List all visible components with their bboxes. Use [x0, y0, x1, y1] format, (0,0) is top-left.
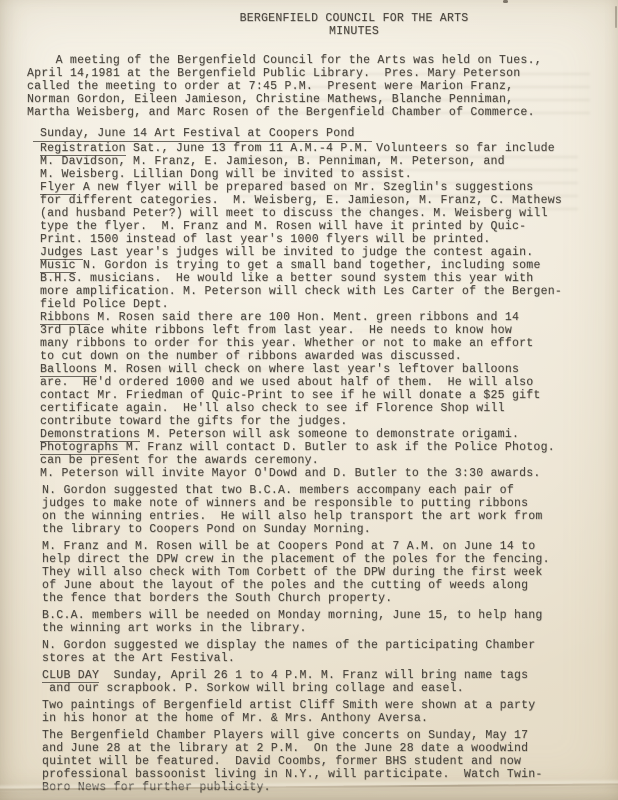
minutes-item-photographs: Photographs M. Franz will contact D. But… [40, 441, 602, 480]
body-paragraph: M. Franz and M. Rosen will be at Coopers… [42, 540, 602, 605]
minutes-item-flyer: Flyer A new flyer will be prepared based… [40, 181, 602, 246]
paper-sheet: BERGENFIELD COUNCIL FOR THE ARTS MINUTES… [0, 0, 618, 800]
doc-title: BERGENFIELD COUNCIL FOR THE ARTS [73, 12, 618, 25]
section-heading-text: Sunday, June 14 Art Festival at Coopers … [33, 127, 372, 142]
body-paragraphs: N. Gordon suggested that two B.C.A. memb… [40, 484, 602, 794]
paragraph-text: M. Franz and M. Rosen will be at Coopers… [42, 540, 550, 605]
paragraph-text: B.C.A. members will be needed on Monday … [42, 609, 543, 635]
body-paragraph: N. Gordon suggested that two B.C.A. memb… [42, 484, 602, 536]
item-text: Last year's judges will be invited to ju… [83, 246, 534, 259]
minutes-item-registration: Registration Sat., June 13 from 11 A.M.-… [40, 142, 602, 181]
minutes-item-balloons: Balloons M. Rosen will check on where la… [40, 363, 602, 428]
paragraph-text: The Bergenfield Chamber Players will giv… [42, 729, 543, 794]
body-paragraph: The Bergenfield Chamber Players will giv… [42, 729, 602, 794]
doc-header: BERGENFIELD COUNCIL FOR THE ARTS MINUTES [73, 12, 618, 38]
section-heading: Sunday, June 14 Art Festival at Coopers … [40, 127, 602, 142]
item-text: M. Rosen said there are 100 Hon. Ment. g… [40, 311, 533, 363]
intro-paragraph: A meeting of the Bergenfield Council for… [27, 54, 602, 119]
item-text: M. Rosen will check on where last year's… [40, 363, 541, 428]
minutes-item-music: Music N. Gordon is trying to get a small… [40, 259, 602, 311]
item-text: N. Gordon is trying to get a small band … [40, 259, 562, 311]
body-paragraph-club-day: CLUB DAY Sunday, April 26 1 to 4 P.M. M.… [42, 669, 602, 695]
paragraph-text: Sunday, April 26 1 to 4 P.M. M. Franz wi… [42, 669, 528, 695]
minutes-item-ribbons: Ribbons M. Rosen said there are 100 Hon.… [40, 311, 602, 363]
paragraph-text: N. Gordon suggested we display the names… [42, 639, 535, 665]
item-text: A new flyer will be prepared based on Mr… [40, 181, 562, 246]
minutes-item-demonstrations: Demonstrations M. Peterson will ask some… [40, 428, 602, 441]
minutes-items: Registration Sat., June 13 from 11 A.M.-… [40, 142, 602, 480]
item-text: M. Peterson will ask someone to demonstr… [140, 428, 519, 441]
body-paragraph: B.C.A. members will be needed on Monday … [42, 609, 602, 635]
paragraph-text: Two paintings of Bergenfield artist Clif… [42, 699, 535, 725]
minutes-item-judges: Judges Last year's judges will be invite… [40, 246, 602, 259]
body-paragraph: Two paintings of Bergenfield artist Clif… [42, 699, 602, 725]
paragraph-text: N. Gordon suggested that two B.C.A. memb… [42, 484, 543, 536]
body-paragraph: N. Gordon suggested we display the names… [42, 639, 602, 665]
doc-subtitle: MINUTES [73, 25, 618, 38]
paper-speck [503, 0, 508, 3]
